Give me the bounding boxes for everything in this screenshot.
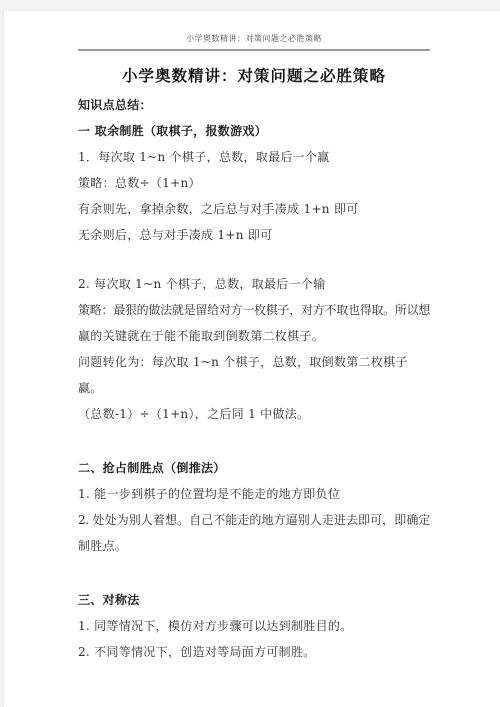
page-title: 小学奥数精讲：对策问题之必胜策略 (78, 64, 430, 88)
section1-item1-line4: 无余则后，总与对手凑成 1+n 即可 (78, 222, 430, 248)
section1-heading: 一 取余制胜（取棋子，报数游戏） (78, 118, 430, 144)
section3-heading: 三、对称法 (78, 587, 430, 613)
section3-item1: 1. 同等情况下，模仿对方步骤可以达到制胜目的。 (78, 613, 430, 639)
section3-item2: 2. 不同等情况下，创造对等局面方可制胜。 (78, 639, 430, 665)
section2-item2-line1: 2. 处处为别人着想。自己不能走的地方逼别人走进去即可，即确定 (78, 507, 430, 533)
running-header: 小学奥数精讲：对策问题之必胜策略 (78, 33, 430, 45)
section2-heading: 二、抢占制胜点（倒推法） (78, 455, 430, 481)
section1-item1-line3: 有余则先，拿掉余数，之后总与对手凑成 1+n 即可 (78, 196, 430, 222)
section1-item1-line2: 策略：总数÷（1+n） (78, 170, 430, 196)
summary-label: 知识点总结： (78, 92, 430, 118)
document-page: 小学奥数精讲：对策问题之必胜策略 小学奥数精讲：对策问题之必胜策略 知识点总结：… (4, 11, 500, 707)
section1-item2-line4: （总数-1）÷（1+n），之后同 1 中做法。 (78, 401, 430, 427)
header-rule-divider (78, 49, 430, 51)
section2-item1: 1. 能一步到棋子的位置均是不能走的地方即负位 (78, 481, 430, 507)
section1-item2-line2b: 赢的关键就在于能不能取到倒数第二枚棋子。 (78, 323, 430, 349)
section1-item1-line1: 1．每次取 1~n 个棋子，总数，取最后一个赢 (78, 144, 430, 170)
section1-item2-line1: 2. 每次取 1~n 个棋子，总数，取最后一个输 (78, 271, 430, 297)
document-body: 知识点总结： 一 取余制胜（取棋子，报数游戏） 1．每次取 1~n 个棋子，总数… (78, 92, 430, 665)
section1-item2-line2a: 策略：最狠的做法就是留给对方一枚棋子，对方不取也得取。所以想 (78, 297, 430, 323)
section1-item2-line3: 问题转化为：每次取 1~n 个棋子，总数，取倒数第二枚棋子赢。 (78, 349, 430, 401)
section2-item2-line2: 制胜点。 (78, 533, 430, 559)
